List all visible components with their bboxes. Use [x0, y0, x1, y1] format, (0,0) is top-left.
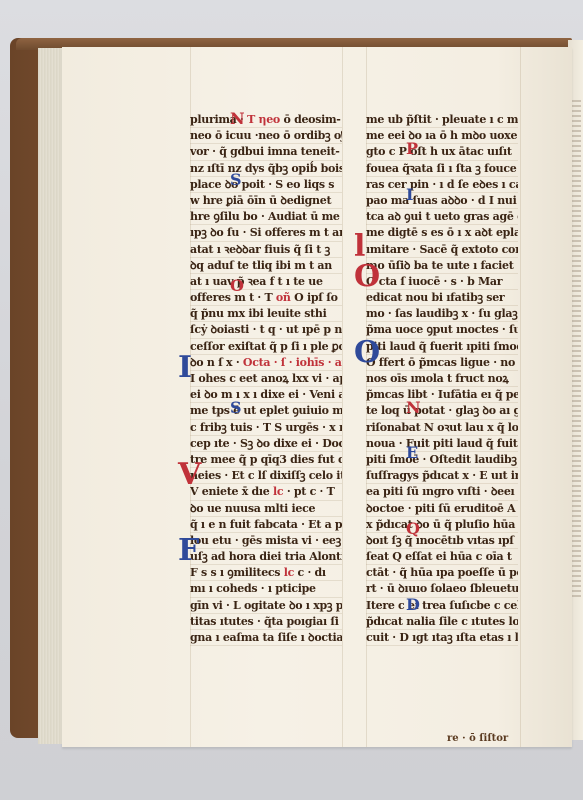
- rubric: lc: [284, 566, 294, 579]
- text-line: q̃ p̃nu mx ibi leuite sthi: [190, 306, 342, 322]
- text-line: mı ı coheds · ı pticipe: [190, 581, 342, 597]
- text-line: noua · Fuit piti laud q̃ fuit ı: [366, 436, 518, 452]
- text-line: ꝺo ue nuusa mlti iece: [190, 501, 342, 517]
- text-line: I ohes c eet anoꝝ lxx vi · ap: [190, 371, 342, 387]
- text-line: O ffert ō p̃mcas ligue · no: [366, 355, 518, 371]
- text-line: piti laud q̃ fuerit ıpiti ſmoe ·: [366, 339, 518, 355]
- text-line: ꝺo n ſ x · Octa · ſ · iohīs · ap: [190, 355, 342, 371]
- text-line: cep ıte · Sꝫ ꝺo dixe ei · Doci dıe: [190, 436, 342, 452]
- rubric: oñ: [276, 291, 291, 304]
- text-line: O cta ſ iuocē · s · b Mar: [366, 274, 518, 290]
- text-line: offeres m t · T oñ O ipſ ſo: [190, 290, 342, 306]
- text-line: me tps ē ut eplet ꝯuiuio mo: [190, 403, 342, 419]
- text-line: me eei ꝺo ıa ō h mꝺo uoxe vi: [366, 128, 518, 144]
- text-line: gīn vi · L ogitate ꝺo ı xpꝫ p: [190, 598, 342, 614]
- text-line: ea piti ſū ıngro vıſti · ꝺeeı ſū: [366, 484, 518, 500]
- decorated-initial-s: S: [230, 172, 242, 188]
- decorated-initial-l: l: [354, 232, 365, 262]
- rubric: lc: [284, 566, 294, 579]
- text-line: gna ı eaſma ta ſiſe ı ꝺoctia p: [190, 630, 342, 646]
- text-line: at ı uav p̃ ꝛea f t ı te ue: [190, 274, 342, 290]
- text-line: fouea q̃ꝛata ſi ı ſta ꝫ fouce fo: [366, 161, 518, 177]
- text-line: me ub p̃ſtit · pleuate ı c madr: [366, 112, 518, 128]
- text-line: riſonabat N oꝛut lau x q̃ loq: [366, 420, 518, 436]
- text-line: tca aꝺ ꝯui t ueto gras agē q:: [366, 209, 518, 225]
- text-line: p̃dıcat nalia ſile c ıtutes lo: [366, 614, 518, 630]
- text-line: c fribꝫ tuis · T S urgēs · x ıo: [190, 420, 342, 436]
- text-line: mo · ſas laudibꝫ x · ſu glaꝫ ꝺo: [366, 306, 518, 322]
- text-line: ıpꝫ ꝺo ſu · Si offeres m t an: [190, 225, 342, 241]
- decorated-initial-o: O: [354, 262, 380, 292]
- text-line: edicat nou bi ıfatibꝫ ser: [366, 290, 518, 306]
- decorated-initial-s: S: [230, 400, 242, 416]
- text-line: F s s ı ꝯmilitecs lc c · dı: [190, 565, 342, 581]
- text-line: x p̃dıcat ꝺo ū q̃ pluſio hūa: [366, 517, 518, 533]
- text-line: lou etu · gēs mista vi · eeꝫ ıp: [190, 533, 342, 549]
- rubric: Octa · ſ · iohīs · ap: [243, 356, 342, 369]
- text-line: ctāt · q̃ hūa ıpa poeſſe ū pote: [366, 565, 518, 581]
- text-line: ei ꝺo m ı x ı dixe ei · Veni ad: [190, 387, 342, 403]
- text-line: plurima · T ηeo ō deosim-: [190, 112, 342, 128]
- show-through-text: [572, 100, 581, 600]
- text-line: ceſſor exiſtat q̃ p ſi ı ple ꝑo: [190, 339, 342, 355]
- text-line: cuit · D ıgt ıtaꝫ ıſta etas ı la: [366, 630, 518, 646]
- rubric: lc: [273, 485, 283, 498]
- catchword: re · ō ſiſtor: [447, 733, 508, 744]
- decorated-initial-d: D: [406, 597, 420, 613]
- decorated-initial-v: V: [178, 460, 201, 490]
- text-line: uſꝫ ad hora diei tria Alonti: [190, 549, 342, 565]
- text-line: gto c P oſt h ux ātac uıſıt: [366, 144, 518, 160]
- text-line: p̃ma uoce ꝯput ınoctes · ſuit: [366, 322, 518, 338]
- text-line: ſuſſragys p̃dıcat x · E uıt inte: [366, 468, 518, 484]
- text-line: neies · Et c lſ dixiſſꝫ celo ite: [190, 468, 342, 484]
- ruling-line: [520, 47, 521, 747]
- text-line: p̃mcas libt · Iufātia eı q̃ peta: [366, 387, 518, 403]
- rubric: T ηeo: [247, 113, 280, 126]
- text-line: ſeat Q eſſat ei hūa c oīa t: [366, 549, 518, 565]
- decorated-initial-i: I: [406, 187, 413, 203]
- text-line: nz ıſtī nz dys q̃bꝫ opib́ bois: [190, 161, 342, 177]
- decorated-initial-q: Q: [406, 521, 420, 537]
- text-line: Itere c ei trea ſuſıcbe c celeſti: [366, 598, 518, 614]
- text-line: te loq ū potat · glaꝫ ꝺo aı gau: [366, 403, 518, 419]
- text-line: titas ıtutes · q̃ta poıgiaı ſi: [190, 614, 342, 630]
- text-line: neo ō icuu ·neo ō ordibꝫ oʃi: [190, 128, 342, 144]
- text-line: q̃ ı e n fuit fabcata · Et a p pul: [190, 517, 342, 533]
- text-line: hre ꝯſilu bo · Audiat ū me ꝫ: [190, 209, 342, 225]
- text-line: ımitare · Sacē q̃ extoto corde: [366, 242, 518, 258]
- decorated-initial-p: P: [406, 141, 418, 157]
- decorated-initial-e: E: [406, 445, 418, 461]
- text-line: nos oīs ımola t fruct noꝝ: [366, 371, 518, 387]
- rubric: lc: [273, 485, 283, 498]
- text-line: V eniete x̄ dıe lc · pt c · T: [190, 484, 342, 500]
- text-line: ꝺoctoe · piti ſū eruditoē A gſct: [366, 501, 518, 517]
- text-line: w hre ꝑiā ōīn ū ꝺedignet: [190, 193, 342, 209]
- text-line: atat ı ꝛeꝺꝺar fiuis q̃ ſi t ꝫ: [190, 242, 342, 258]
- decorated-initial-f: F: [178, 536, 199, 566]
- text-line: place ꝺo poit · S eo liqs s: [190, 177, 342, 193]
- text-line: vor · q̃ gdbui imna teneit-: [190, 144, 342, 160]
- text-line: ras cer pin · ı d ſe eꝺes ı ca ex: [366, 177, 518, 193]
- text-line: piti ſmoē · Oſtedit laudibꝫ dı: [366, 452, 518, 468]
- decorated-initial-o: O: [354, 338, 380, 368]
- text-line: mo ūſiꝺ ba te uıte ı faciet: [366, 258, 518, 274]
- text-line: pao ma ſuas aꝺꝺo · d I nui: [366, 193, 518, 209]
- decorated-initial-n: N: [406, 400, 421, 416]
- text-column-right: me ub p̃ſtit · pleuate ı c madrme eei ꝺo…: [366, 112, 518, 646]
- ruling-line: [342, 47, 343, 747]
- decorated-initial-n: N: [230, 111, 245, 127]
- text-line: rt · ū ꝺıuıo ſolaeo ſbleuetur ·: [366, 581, 518, 597]
- text-line: ꝺoıt ſꝫ q̃ ınocētıb vıtas ıpſ: [366, 533, 518, 549]
- text-line: ſcẏ ꝺoiasti · t q · ut ıpē p nb ıt: [190, 322, 342, 338]
- text-line: ꝺq aduſ te tliq ibi m t an: [190, 258, 342, 274]
- text-line: tre mee q̃ p qīq3 dies fut c: [190, 452, 342, 468]
- text-line: me digtē s es ō ı x aꝺt eplac: [366, 225, 518, 241]
- text-column-left: plurima · T ηeo ō deosim-neo ō icuu ·neo…: [190, 112, 342, 646]
- decorated-initial-i: I: [178, 353, 192, 383]
- decorated-initial-o: O: [230, 278, 244, 294]
